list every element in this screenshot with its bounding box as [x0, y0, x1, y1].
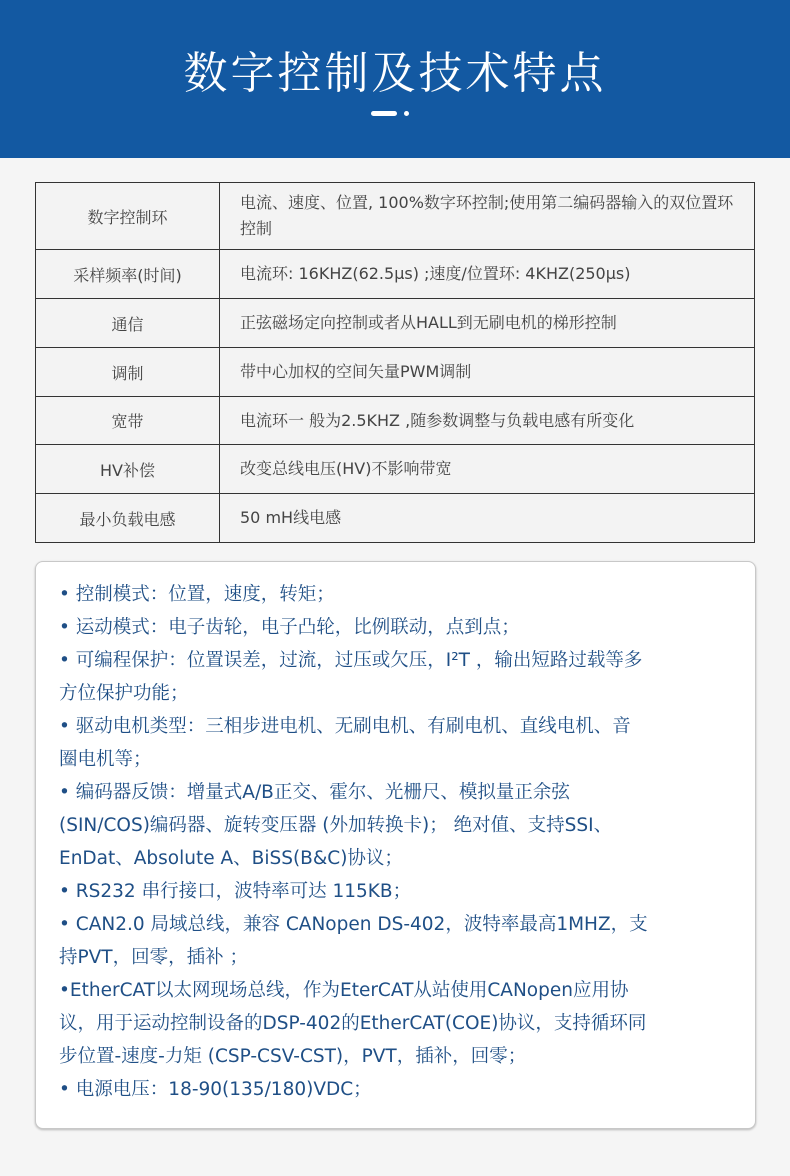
spec-label: 宽带 [36, 397, 220, 445]
feature-line: • CAN2.0 局域总线，兼容 CANopen DS-402，波特率最高1MH… [59, 908, 755, 941]
spec-value: 电流环: 16KHZ(62.5μs) ;速度/位置环: 4KHZ(250μs) [220, 250, 755, 299]
title-underline-dot [404, 111, 409, 116]
section-header: 数字控制及技术特点 [0, 0, 790, 158]
spec-value: 50 mH线电感 [220, 494, 755, 543]
feature-line: 持PVT，回零，插补 ； [59, 941, 755, 974]
spec-value: 电流环一 般为2.5KHZ ,随参数调整与负载电感有所变化 [220, 397, 755, 445]
table-row: 最小负载电感 50 mH线电感 [36, 494, 755, 543]
page-title: 数字控制及技术特点 [0, 44, 790, 104]
features-card: • 控制模式：位置，速度，转矩； • 运动模式：电子齿轮，电子凸轮，比例联动，点… [35, 561, 756, 1129]
feature-line: EnDat、Absolute A、BiSS(B&C)协议； [59, 842, 755, 875]
feature-line: • 运动模式：电子齿轮，电子凸轮，比例联动，点到点； [59, 611, 755, 644]
table-row: 采样频率(时间) 电流环: 16KHZ(62.5μs) ;速度/位置环: 4KH… [36, 250, 755, 299]
table-row: 调制 带中心加权的空间矢量PWM调制 [36, 348, 755, 397]
spec-label: HV补偿 [36, 445, 220, 494]
spec-value: 正弦磁场定向控制或者从HALL到无刷电机的梯形控制 [220, 299, 755, 348]
feature-line: 步位置-速度-力矩 (CSP-CSV-CST)，PVT，插补，回零； [59, 1040, 755, 1073]
spec-label: 调制 [36, 348, 220, 397]
feature-line: 圈电机等； [59, 743, 755, 776]
feature-line: (SIN/COS)编码器、旋转变压器 (外加转换卡)； 绝对值、支持SSI、 [59, 809, 755, 842]
feature-line: • 驱动电机类型：三相步进电机、无刷电机、有刷电机、直线电机、音 [59, 710, 755, 743]
table-row: 数字控制环 电流、速度、位置, 100%数字环控制;使用第二编码器输入的双位置环… [36, 183, 755, 250]
feature-line: • 控制模式：位置，速度，转矩； [59, 578, 755, 611]
feature-line: • 编码器反馈：增量式A/B正交、霍尔、光栅尺、模拟量正余弦 [59, 776, 755, 809]
feature-line: • RS232 串行接口，波特率可达 115KB； [59, 875, 755, 908]
feature-line: •EtherCAT以太网现场总线，作为EterCAT从站使用CANopen应用协 [59, 974, 755, 1007]
title-underline-bar [371, 111, 397, 116]
spec-table: 数字控制环 电流、速度、位置, 100%数字环控制;使用第二编码器输入的双位置环… [35, 182, 755, 543]
feature-line: • 电源电压：18-90(135/180)VDC； [59, 1073, 755, 1106]
spec-label: 采样频率(时间) [36, 250, 220, 299]
spec-value: 电流、速度、位置, 100%数字环控制;使用第二编码器输入的双位置环控制 [220, 183, 755, 250]
spec-label: 最小负载电感 [36, 494, 220, 543]
spec-value: 改变总线电压(HV)不影响带宽 [220, 445, 755, 494]
table-row: 宽带 电流环一 般为2.5KHZ ,随参数调整与负载电感有所变化 [36, 397, 755, 445]
feature-line: • 可编程保护：位置误差，过流，过压或欠压，I²T ，输出短路过载等多 [59, 644, 755, 677]
table-row: HV补偿 改变总线电压(HV)不影响带宽 [36, 445, 755, 494]
spec-value: 带中心加权的空间矢量PWM调制 [220, 348, 755, 397]
feature-line: 方位保护功能； [59, 677, 755, 710]
spec-label: 通信 [36, 299, 220, 348]
feature-line: 议，用于运动控制设备的DSP-402的EtherCAT(COE)协议，支持循环同 [59, 1007, 755, 1040]
table-row: 通信 正弦磁场定向控制或者从HALL到无刷电机的梯形控制 [36, 299, 755, 348]
features-list: • 控制模式：位置，速度，转矩； • 运动模式：电子齿轮，电子凸轮，比例联动，点… [59, 578, 755, 1106]
spec-label: 数字控制环 [36, 183, 220, 250]
